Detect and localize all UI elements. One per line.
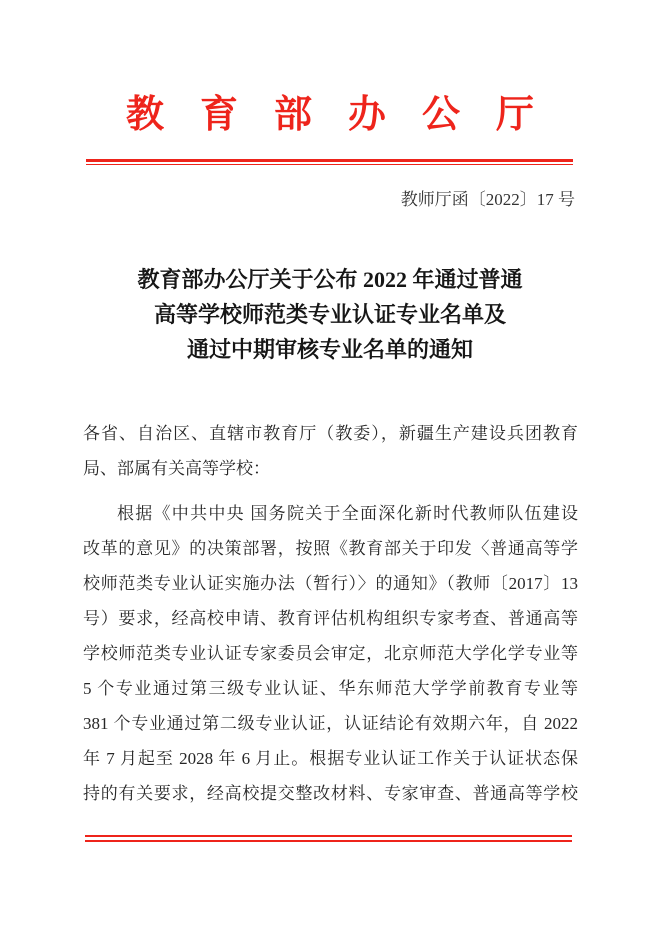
document-title-line: 教育部办公厅关于公布 2022 年通过普通	[40, 262, 620, 297]
body-line: 学校师范类专业认证专家委员会审定，北京师范大学化学专业等	[83, 636, 578, 671]
body-line: 根据《中共中央 国务院关于全面深化新时代教师队伍建设	[83, 496, 578, 531]
document-number: 教师厅函〔2022〕17 号	[401, 189, 575, 211]
body-line: 校师范类专业认证实施办法（暂行）〉的通知》（教师〔2017〕13	[83, 566, 578, 601]
document-page: 教育部办公厅 教师厅函〔2022〕17 号 教育部办公厅关于公布 2022 年通…	[0, 0, 660, 934]
document-title: 教育部办公厅关于公布 2022 年通过普通 高等学校师范类专业认证专业名单及 通…	[40, 262, 620, 367]
document-title-line: 高等学校师范类专业认证专业名单及	[40, 297, 620, 332]
document-title-line: 通过中期审核专业名单的通知	[40, 332, 620, 367]
body-paragraph: 根据《中共中央 国务院关于全面深化新时代教师队伍建设 改革的意见》的决策部署，按…	[83, 496, 578, 811]
salutation: 各省、自治区、直辖市教育厅（教委），新疆生产建设兵团教育 局、部属有关高等学校：	[83, 416, 578, 486]
footer-divider	[85, 835, 572, 842]
document-body: 各省、自治区、直辖市教育厅（教委），新疆生产建设兵团教育 局、部属有关高等学校：…	[83, 416, 578, 811]
letterhead-org-name: 教育部办公厅	[0, 93, 660, 137]
body-line: 号）要求，经高校申请、教育评估机构组织专家考查、普通高等	[83, 601, 578, 636]
letterhead-divider	[86, 159, 573, 165]
body-line: 381 个专业通过第二级专业认证，认证结论有效期六年，自 2022	[83, 706, 578, 741]
body-line: 5 个专业通过第三级专业认证、华东师范大学学前教育专业等	[83, 671, 578, 706]
body-line: 年 7 月起至 2028 年 6 月止。根据专业认证工作关于认证状态保	[83, 741, 578, 776]
salutation-line: 各省、自治区、直辖市教育厅（教委），新疆生产建设兵团教育	[83, 416, 578, 451]
salutation-line: 局、部属有关高等学校：	[83, 451, 578, 486]
body-line: 改革的意见》的决策部署，按照《教育部关于印发〈普通高等学	[83, 531, 578, 566]
body-line: 持的有关要求，经高校提交整改材料、专家审查、普通高等学校	[83, 776, 578, 811]
